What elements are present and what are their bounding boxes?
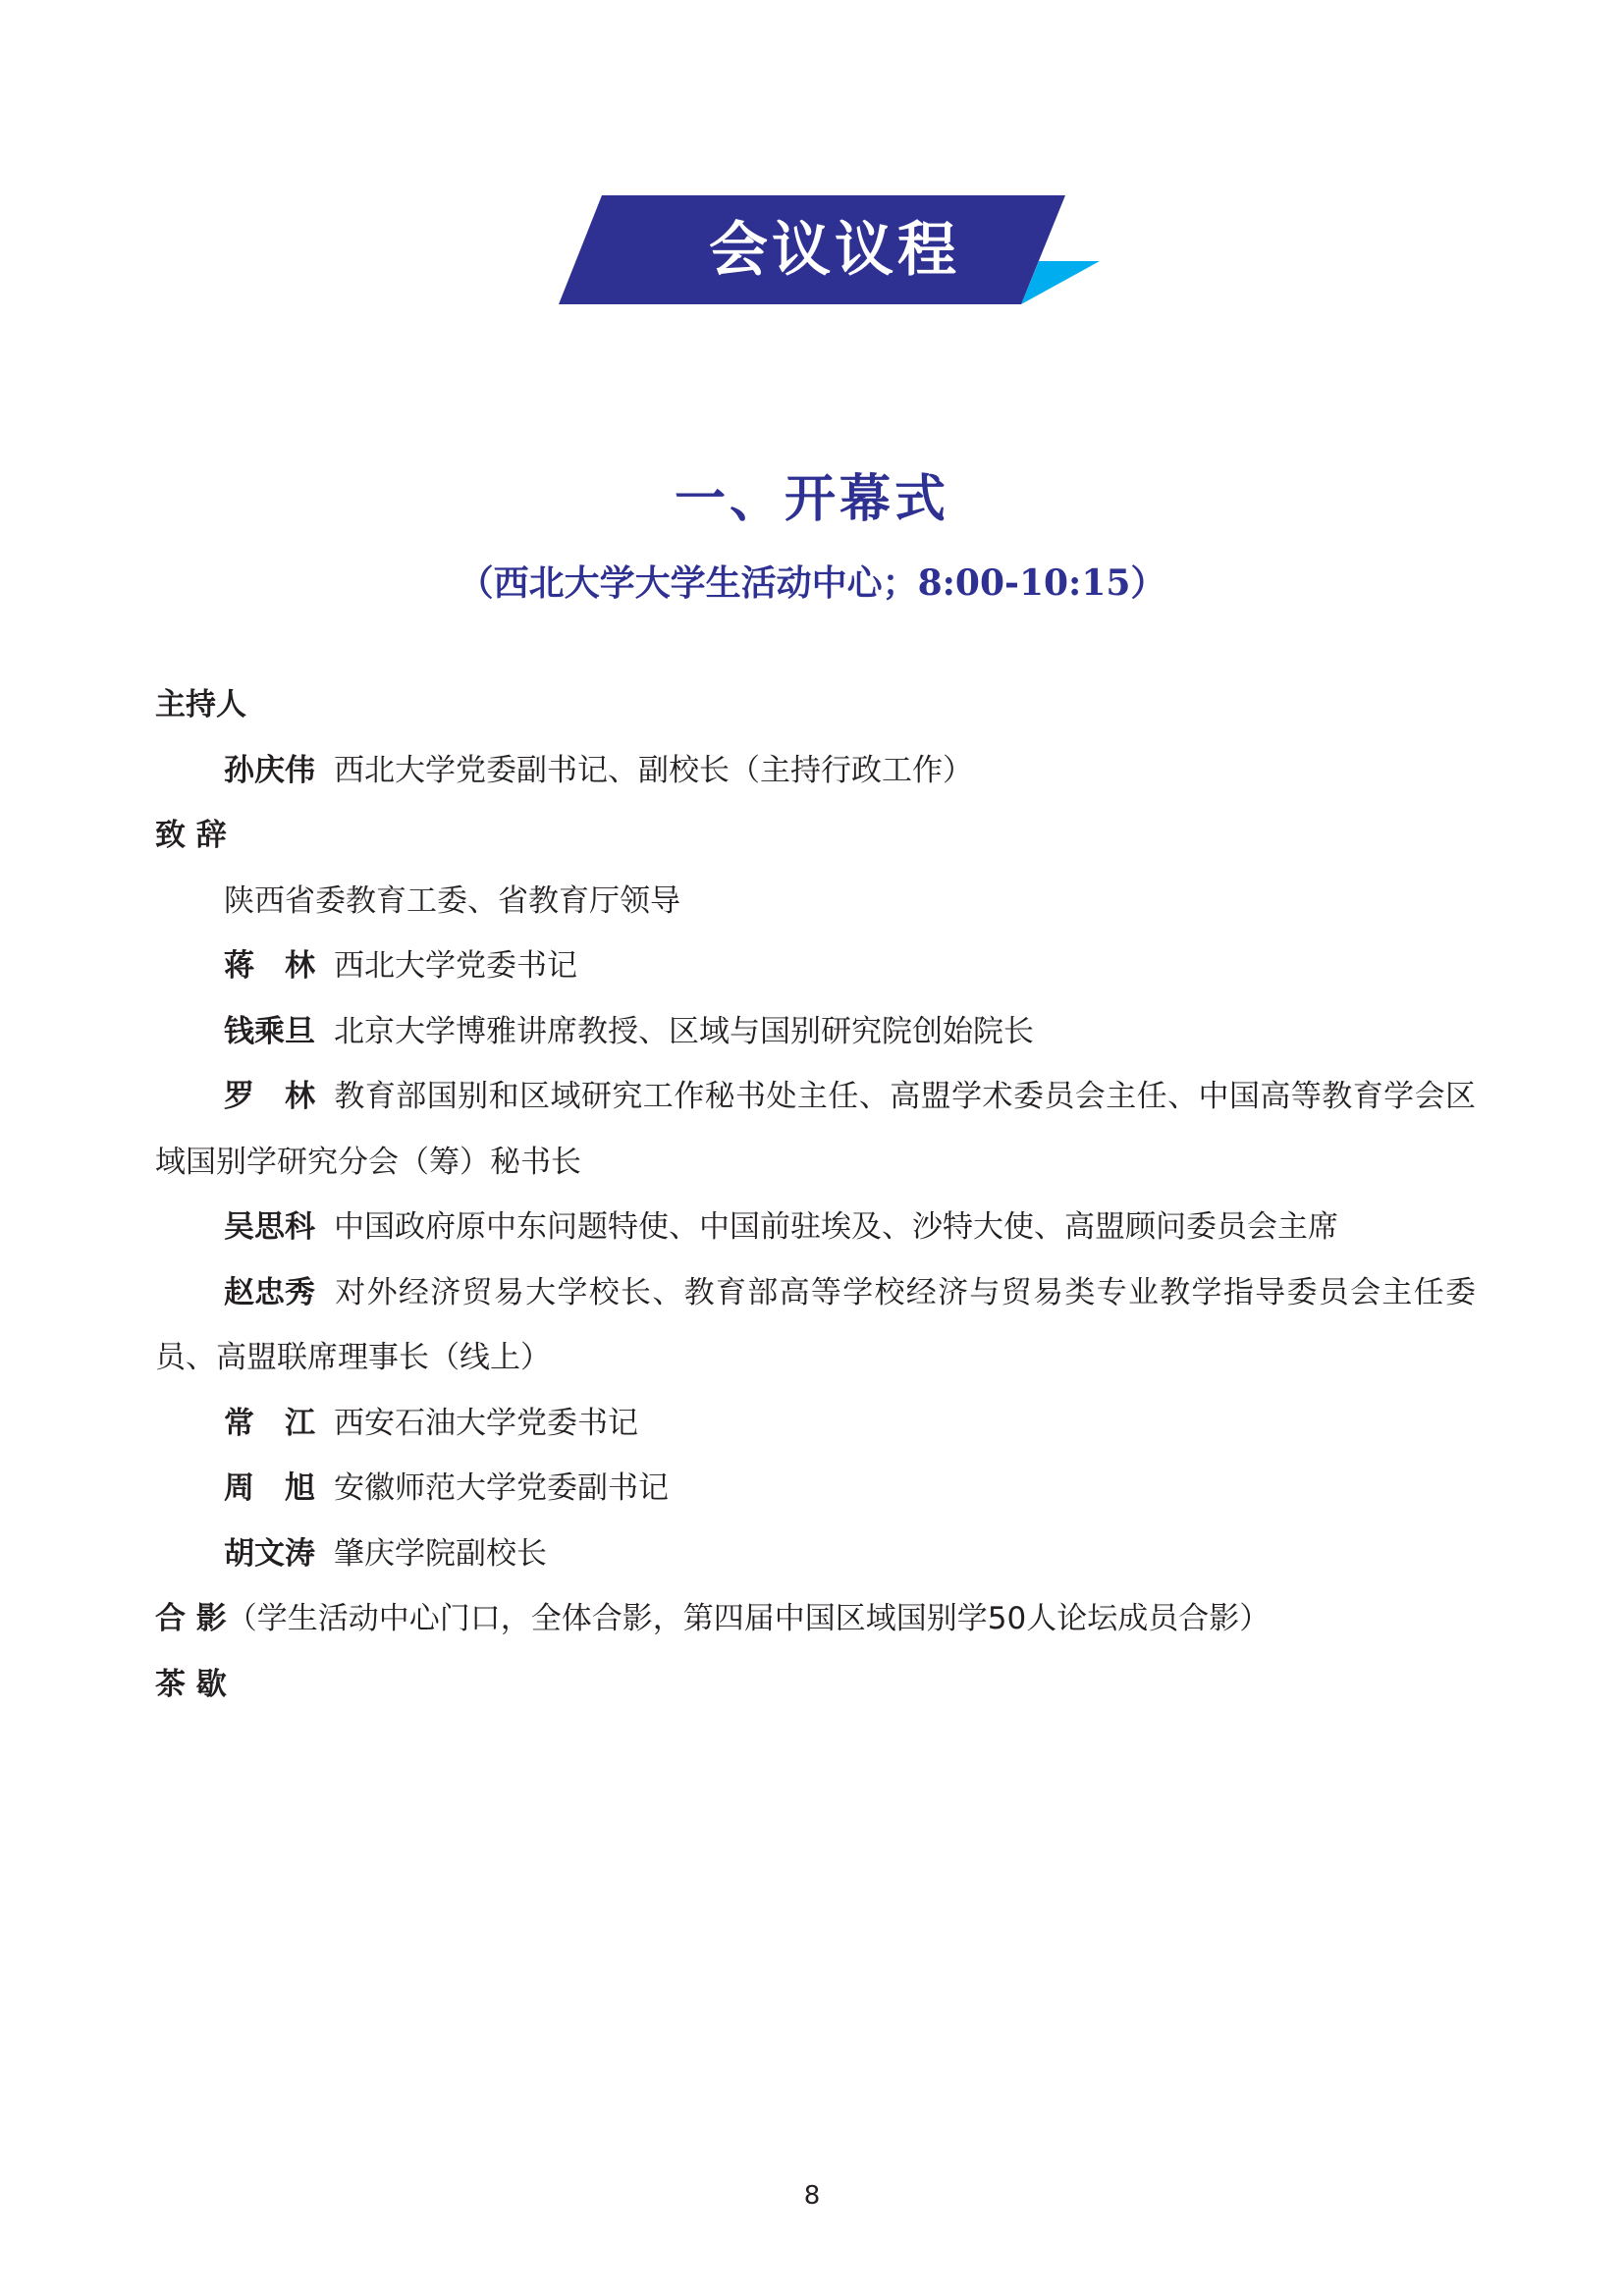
person-name: 周 旭	[224, 1456, 324, 1522]
photo-heading: 合 影	[155, 1601, 227, 1636]
person-role: 西安石油大学党委书记	[334, 1406, 638, 1441]
speaker-entry: 吴思科中国政府原中东问题特使、中国前驻埃及、沙特大使、高盟顾问委员会主席	[155, 1195, 1476, 1260]
speaker-entry: 常 江西安石油大学党委书记	[155, 1391, 1476, 1457]
person-name: 吴思科	[224, 1195, 324, 1260]
person-role: 安徽师范大学党委副书记	[334, 1470, 669, 1506]
page-number: 8	[0, 2181, 1624, 2211]
speaker-entry: 赵忠秀对外经济贸易大学校长、教育部高等学校经济与贸易类专业教学指导委员会主任委员…	[155, 1260, 1476, 1391]
host-heading: 主持人	[155, 672, 1476, 738]
break-heading: 茶 歇	[155, 1652, 1476, 1718]
speech-plain-line: 陕西省委教育工委、省教育厅领导	[155, 869, 1476, 934]
agenda-list: 主持人 孙庆伟西北大学党委副书记、副校长（主持行政工作） 致 辞 陕西省委教育工…	[155, 672, 1476, 1717]
person-role: 肇庆学院副校长	[334, 1536, 547, 1572]
speaker-entry: 钱乘旦北京大学博雅讲席教授、区域与国别研究院创始院长	[155, 999, 1476, 1065]
person-role: 西北大学党委书记	[334, 948, 577, 984]
speaker-entry: 蒋 林西北大学党委书记	[155, 934, 1476, 999]
section-subtitle: （西北大学大学生活动中心；8:00-10:15）	[0, 556, 1624, 606]
agenda-banner: 会议议程	[550, 191, 1119, 309]
person-role: 西北大学党委副书记、副校长（主持行政工作）	[334, 753, 973, 788]
photo-note: （学生活动中心门口，全体合影，第四届中国区域国别学50人论坛成员合影）	[227, 1601, 1270, 1636]
person-name: 钱乘旦	[224, 999, 324, 1065]
speaker-entry: 周 旭安徽师范大学党委副书记	[155, 1456, 1476, 1522]
speaker-entry: 胡文涛肇庆学院副校长	[155, 1522, 1476, 1587]
person-role: 对外经济贸易大学校长、教育部高等学校经济与贸易类专业教学指导委员会主任委员、高盟…	[155, 1275, 1476, 1376]
speeches-heading: 致 辞	[155, 803, 1476, 869]
person-name: 蒋 林	[224, 934, 324, 999]
banner-title: 会议议程	[550, 191, 1119, 309]
section-title: 一、开幕式	[0, 457, 1624, 531]
person-role: 中国政府原中东问题特使、中国前驻埃及、沙特大使、高盟顾问委员会主席	[334, 1209, 1338, 1245]
person-name: 胡文涛	[224, 1522, 324, 1587]
photo-entry: 合 影（学生活动中心门口，全体合影，第四届中国区域国别学50人论坛成员合影）	[155, 1586, 1476, 1652]
person-name: 赵忠秀	[224, 1260, 324, 1326]
host-entry: 孙庆伟西北大学党委副书记、副校长（主持行政工作）	[155, 738, 1476, 804]
person-name: 常 江	[224, 1391, 324, 1457]
person-name: 孙庆伟	[224, 738, 324, 804]
person-role: 北京大学博雅讲席教授、区域与国别研究院创始院长	[334, 1014, 1034, 1049]
person-name: 罗 林	[224, 1064, 324, 1130]
person-role: 教育部国别和区域研究工作秘书处主任、高盟学术委员会主任、中国高等教育学会区域国别…	[155, 1079, 1476, 1180]
speaker-entry: 罗 林教育部国别和区域研究工作秘书处主任、高盟学术委员会主任、中国高等教育学会区…	[155, 1064, 1476, 1195]
